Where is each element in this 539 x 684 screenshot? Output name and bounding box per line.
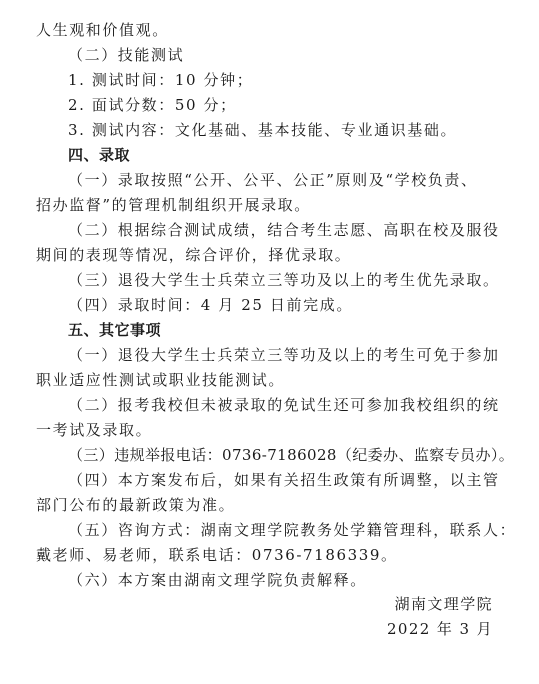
signature-org: 湖南文理学院 (395, 592, 493, 617)
list-item-interview-score: 2. 面试分数：50 分； (36, 93, 494, 118)
section-heading-admission: 四、录取 (36, 143, 494, 168)
signature-date: 2022 年 3 月 (387, 617, 493, 642)
paragraph-line: 期间的表现等情况，综合评价，择优录取。 (36, 243, 494, 268)
paragraph-line: 职业适应性测试或职业技能测试。 (36, 368, 494, 393)
paragraph-line: （二）报考我校但未被录取的免试生还可参加我校组织的统 (36, 393, 494, 418)
paragraph-line: （四）录取时间：4 月 25 日前完成。 (36, 293, 494, 318)
document-body: 人生观和价值观。 （二）技能测试 1. 测试时间：10 分钟； 2. 面试分数：… (36, 18, 494, 593)
paragraph-line: （六）本方案由湖南文理学院负责解释。 (36, 568, 494, 593)
paragraph-line: （三）退役大学生士兵荣立三等功及以上的考生优先录取。 (36, 268, 494, 293)
paragraph-line-consult: （五）咨询方式：湖南文理学院教务处学籍管理科，联系人： (36, 518, 494, 543)
paragraph-line: 一考试及录取。 (36, 418, 494, 443)
paragraph-line: （一）退役大学生士兵荣立三等功及以上的考生可免于参加 (36, 343, 494, 368)
paragraph-line: （四）本方案发布后，如果有关招生政策有所调整，以主管 (36, 468, 494, 493)
list-item-test-content: 3. 测试内容：文化基础、基本技能、专业通识基础。 (36, 118, 494, 143)
paragraph-line: 招办监督”的管理机制组织开展录取。 (36, 193, 494, 218)
paragraph-line-report-phone: （三）违规举报电话：0736-7186028（纪委办、监察专员办）。 (36, 443, 494, 468)
list-item-test-time: 1. 测试时间：10 分钟； (36, 68, 494, 93)
paragraph-line-contact: 戴老师、易老师，联系电话：0736-7186339。 (36, 543, 494, 568)
paragraph-line: （一）录取按照“公开、公平、公正”原则及“学校负责、 (36, 168, 494, 193)
paragraph-line: （二）根据综合测试成绩，结合考生志愿、高职在校及服役 (36, 218, 494, 243)
section-heading-other-matters: 五、其它事项 (36, 318, 494, 343)
paragraph-line: 人生观和价值观。 (36, 18, 494, 43)
subheading-skill-test: （二）技能测试 (36, 43, 494, 68)
paragraph-line: 部门公布的最新政策为准。 (36, 493, 494, 518)
